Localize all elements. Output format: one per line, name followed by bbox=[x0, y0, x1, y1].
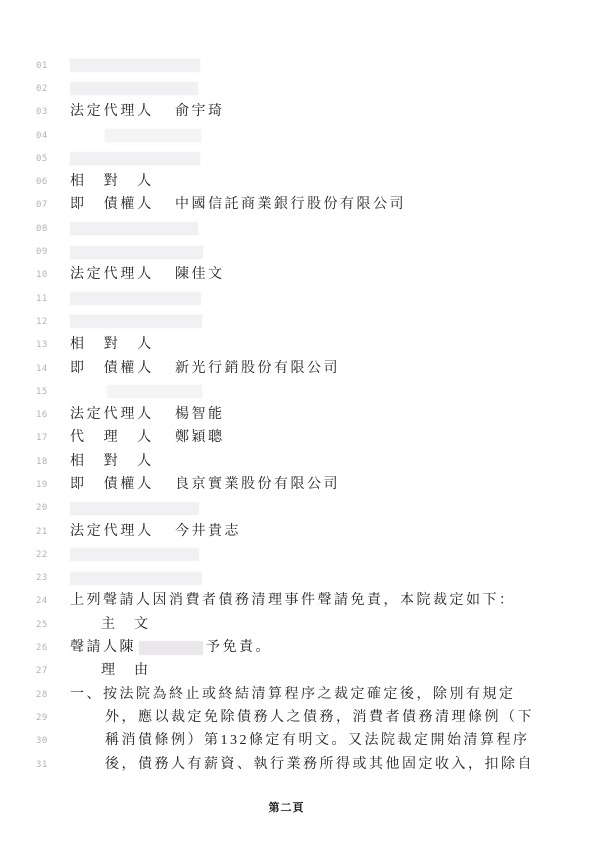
line-content: 法定代理人俞宇琦 bbox=[70, 105, 225, 119]
line-number: 25 bbox=[36, 620, 51, 630]
party-role-label: 法定代理人 bbox=[70, 525, 175, 539]
document-text: 外，應以裁定免除債務人之債務，消費者債務清理條例（下 bbox=[105, 711, 534, 725]
document-line: 21法定代理人今井貴志 bbox=[36, 520, 579, 543]
document-line: 30稱消債條例）第132條定有明文。又法院裁定開始清算程序 bbox=[36, 730, 579, 753]
line-content bbox=[105, 129, 201, 142]
line-number: 15 bbox=[36, 387, 51, 397]
line-content bbox=[107, 385, 202, 398]
line-number: 31 bbox=[36, 760, 51, 770]
document-text: 主 文 bbox=[101, 618, 151, 632]
line-content: 即 債權人中國信託商業銀行股份有限公司 bbox=[70, 198, 406, 212]
document-line: 09 bbox=[36, 240, 579, 263]
line-number: 08 bbox=[36, 224, 51, 234]
line-number: 01 bbox=[36, 61, 51, 71]
line-number: 06 bbox=[36, 177, 51, 187]
line-number: 07 bbox=[36, 200, 51, 210]
document-line: 16法定代理人楊智能 bbox=[36, 403, 579, 426]
line-number: 22 bbox=[36, 550, 51, 560]
redaction-box bbox=[70, 246, 203, 259]
document-line: 14即 債權人新光行銷股份有限公司 bbox=[36, 357, 579, 380]
line-content bbox=[70, 222, 198, 235]
document-line: 05 bbox=[36, 147, 579, 170]
line-number: 18 bbox=[36, 457, 51, 467]
line-content bbox=[70, 152, 200, 165]
document-line: 07即 債權人中國信託商業銀行股份有限公司 bbox=[36, 194, 579, 217]
redaction-box bbox=[107, 385, 202, 398]
line-number: 12 bbox=[36, 317, 51, 327]
redaction-box bbox=[70, 502, 199, 515]
document-line: 01 bbox=[36, 54, 579, 77]
line-number: 11 bbox=[36, 294, 51, 304]
line-number: 27 bbox=[36, 666, 51, 676]
party-role-label: 相 對 人 bbox=[70, 175, 175, 189]
line-content: 即 債權人新光行銷股份有限公司 bbox=[70, 362, 340, 376]
line-content: 代 理 人鄭穎聰 bbox=[70, 431, 225, 445]
line-content: 法定代理人今井貴志 bbox=[70, 525, 241, 539]
line-number: 29 bbox=[36, 713, 51, 723]
party-role-label: 法定代理人 bbox=[70, 268, 175, 282]
document-line: 12 bbox=[36, 310, 579, 333]
redaction-box bbox=[70, 292, 201, 305]
document-line: 22 bbox=[36, 543, 579, 566]
line-number: 28 bbox=[36, 690, 51, 700]
document-text: 理 由 bbox=[101, 664, 151, 678]
redaction-box bbox=[70, 82, 198, 95]
line-content bbox=[70, 292, 201, 305]
document-line: 25主 文 bbox=[36, 613, 579, 636]
line-content: 聲請人陳予免責。 bbox=[70, 641, 272, 655]
party-name: 陳佳文 bbox=[175, 268, 225, 282]
line-content: 相 對 人 bbox=[70, 455, 175, 469]
line-number: 16 bbox=[36, 410, 51, 420]
line-number: 02 bbox=[36, 84, 51, 94]
document-line: 15 bbox=[36, 380, 579, 403]
document-line: 08 bbox=[36, 217, 579, 240]
document-line: 28一、按法院為終止或終結清算程序之裁定確定後，除別有規定 bbox=[36, 683, 579, 706]
line-content bbox=[70, 315, 202, 328]
document-line: 24上列聲請人因消費者債務清理事件聲請免責，本院裁定如下： bbox=[36, 590, 579, 613]
redaction-box bbox=[70, 152, 200, 165]
document-line: 18相 對 人 bbox=[36, 450, 579, 473]
party-role-label: 法定代理人 bbox=[70, 408, 175, 422]
line-content bbox=[70, 59, 200, 72]
party-name: 俞宇琦 bbox=[175, 105, 225, 119]
line-content bbox=[70, 502, 199, 515]
document-line: 10法定代理人陳佳文 bbox=[36, 264, 579, 287]
page-footer: 第二頁 bbox=[0, 799, 573, 815]
line-number: 24 bbox=[36, 596, 51, 606]
line-content: 法定代理人楊智能 bbox=[70, 408, 225, 422]
party-name: 良京實業股份有限公司 bbox=[175, 478, 340, 492]
line-content: 稱消債條例）第132條定有明文。又法院裁定開始清算程序 bbox=[105, 734, 530, 748]
party-name: 新光行銷股份有限公司 bbox=[175, 362, 340, 376]
document-line: 26聲請人陳予免責。 bbox=[36, 636, 579, 659]
party-name: 楊智能 bbox=[175, 408, 225, 422]
redaction-box bbox=[70, 59, 200, 72]
line-number: 10 bbox=[36, 270, 51, 280]
line-content: 理 由 bbox=[101, 664, 151, 678]
document-text: 後，債務人有薪資、執行業務所得或其他固定收入，扣除自 bbox=[105, 758, 534, 772]
document-text: 稱消債條例）第132條定有明文。又法院裁定開始清算程序 bbox=[105, 734, 530, 748]
party-name: 今井貴志 bbox=[175, 525, 241, 539]
party-role-label: 法定代理人 bbox=[70, 105, 175, 119]
document-line: 03法定代理人俞宇琦 bbox=[36, 101, 579, 124]
document-line: 23 bbox=[36, 567, 579, 590]
document-text: 上列聲請人因消費者債務清理事件聲請免責，本院裁定如下： bbox=[70, 594, 516, 608]
line-content: 上列聲請人因消費者債務清理事件聲請免責，本院裁定如下： bbox=[70, 594, 516, 608]
line-number: 30 bbox=[36, 736, 51, 746]
party-role-label: 即 債權人 bbox=[70, 198, 175, 212]
line-number: 20 bbox=[36, 503, 51, 513]
document-text: 聲請人陳 bbox=[70, 641, 136, 655]
document-line: 06相 對 人 bbox=[36, 170, 579, 193]
document-line: 29外，應以裁定免除債務人之債務，消費者債務清理條例（下 bbox=[36, 706, 579, 729]
line-content bbox=[70, 572, 202, 585]
line-content bbox=[70, 82, 198, 95]
line-number: 26 bbox=[36, 643, 51, 653]
line-content: 後，債務人有薪資、執行業務所得或其他固定收入，扣除自 bbox=[105, 758, 534, 772]
line-content bbox=[70, 246, 203, 259]
line-number: 05 bbox=[36, 154, 51, 164]
line-content: 法定代理人陳佳文 bbox=[70, 268, 225, 282]
document-line: 04 bbox=[36, 124, 579, 147]
document-line: 19即 債權人良京實業股份有限公司 bbox=[36, 473, 579, 496]
document-line: 20 bbox=[36, 497, 579, 520]
document-line: 02 bbox=[36, 77, 579, 100]
party-role-label: 相 對 人 bbox=[70, 338, 175, 352]
party-name: 鄭穎聰 bbox=[175, 431, 225, 445]
document-line: 17代 理 人鄭穎聰 bbox=[36, 427, 579, 450]
line-content: 即 債權人良京實業股份有限公司 bbox=[70, 478, 340, 492]
document-text: 一、按法院為終止或終結清算程序之裁定確定後，除別有規定 bbox=[70, 688, 516, 702]
line-content: 相 對 人 bbox=[70, 175, 175, 189]
line-content bbox=[70, 548, 199, 561]
line-content: 主 文 bbox=[101, 618, 151, 632]
line-number: 19 bbox=[36, 480, 51, 490]
line-number: 13 bbox=[36, 340, 51, 350]
party-role-label: 即 債權人 bbox=[70, 362, 175, 376]
line-number: 21 bbox=[36, 527, 51, 537]
line-number: 17 bbox=[36, 433, 51, 443]
party-name: 中國信託商業銀行股份有限公司 bbox=[175, 198, 406, 212]
document-text: 予免責。 bbox=[206, 641, 272, 655]
line-number: 03 bbox=[36, 107, 51, 117]
party-role-label: 代 理 人 bbox=[70, 431, 175, 445]
line-content: 一、按法院為終止或終結清算程序之裁定確定後，除別有規定 bbox=[70, 688, 516, 702]
redaction-box bbox=[70, 572, 202, 585]
document-line: 27理 由 bbox=[36, 660, 579, 683]
line-number: 23 bbox=[36, 573, 51, 583]
line-number: 09 bbox=[36, 247, 51, 257]
line-content: 外，應以裁定免除債務人之債務，消費者債務清理條例（下 bbox=[105, 711, 534, 725]
redaction-box bbox=[70, 315, 202, 328]
redaction-box bbox=[70, 222, 198, 235]
document-page: 010203法定代理人俞宇琦040506相 對 人07即 債權人中國信託商業銀行… bbox=[0, 0, 595, 842]
document-line: 11 bbox=[36, 287, 579, 310]
redaction-box bbox=[70, 548, 199, 561]
party-role-label: 相 對 人 bbox=[70, 455, 175, 469]
document-line: 13相 對 人 bbox=[36, 334, 579, 357]
line-number: 04 bbox=[36, 131, 51, 141]
redaction-box bbox=[105, 129, 201, 142]
line-content: 相 對 人 bbox=[70, 338, 175, 352]
line-rows: 010203法定代理人俞宇琦040506相 對 人07即 債權人中國信託商業銀行… bbox=[36, 54, 579, 776]
redaction-box bbox=[139, 641, 203, 655]
line-number: 14 bbox=[36, 364, 51, 374]
party-role-label: 即 債權人 bbox=[70, 478, 175, 492]
document-line: 31後，債務人有薪資、執行業務所得或其他固定收入，扣除自 bbox=[36, 753, 579, 776]
